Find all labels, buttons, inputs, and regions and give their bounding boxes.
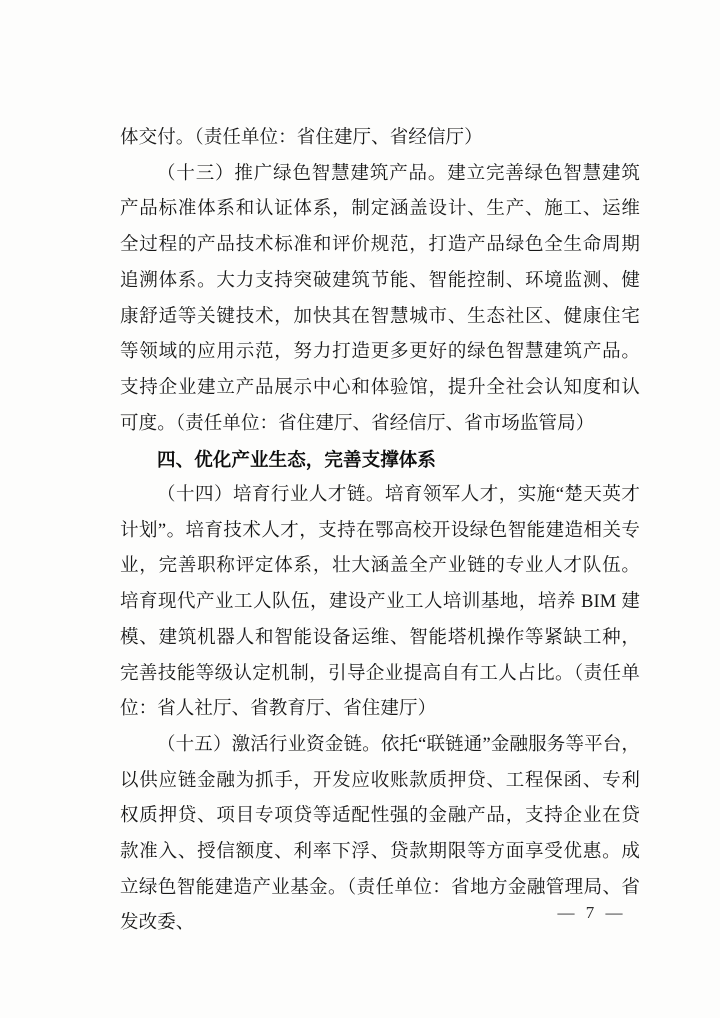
paragraph-item-13: （十三）推广绿色智慧建筑产品。建立完善绿色智慧建筑产品标准体系和认证体系，制定涵… <box>120 157 640 443</box>
paragraph-continuation: 体交付。（责任单位：省住建厅、省经信厅） <box>120 121 640 157</box>
document-page: 体交付。（责任单位：省住建厅、省经信厅） （十三）推广绿色智慧建筑产品。建立完善… <box>0 0 720 1018</box>
paragraph-item-14: （十四）培育行业人才链。培育领军人才，实施“楚天英才计划”。培育技术人才，支持在… <box>120 478 640 728</box>
document-body: 体交付。（责任单位：省住建厅、省经信厅） （十三）推广绿色智慧建筑产品。建立完善… <box>120 121 640 942</box>
page-number: — 7 — <box>545 901 635 925</box>
section-heading: 四、优化产业生态，完善支撑体系 <box>120 442 640 478</box>
